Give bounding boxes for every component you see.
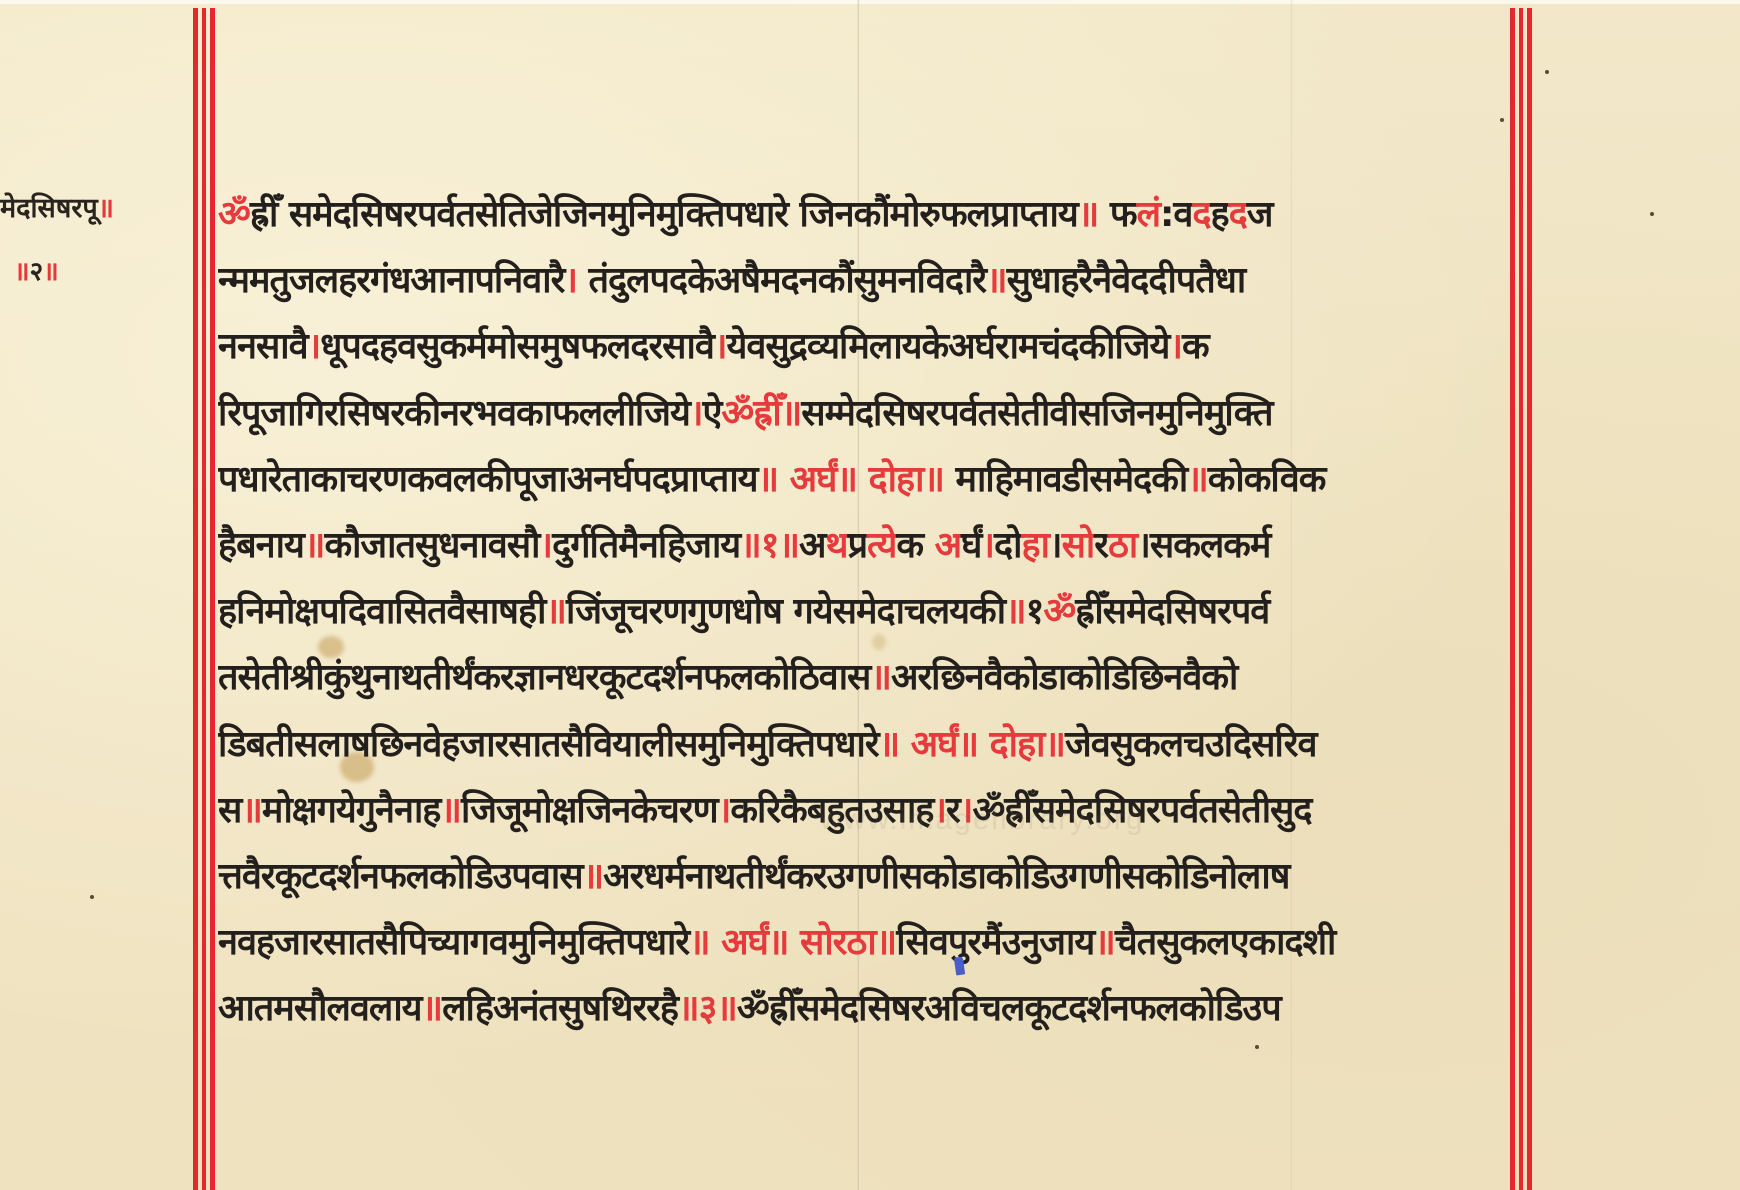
- rubric-text: ॥: [1078, 194, 1099, 235]
- body-text: आतमसौलवलाय: [218, 988, 422, 1029]
- manuscript-line: आतमसौलवलाय॥लहिअनंतसुषथिररहै॥३॥ॐह्रीँसमेद…: [218, 984, 1510, 1050]
- manuscript-line: तसेतीश्रीकुंथुनाथतीर्थंकरज्ञानधरकूटदर्शन…: [218, 653, 1510, 719]
- manuscript-line: हनिमोक्षपदिवासितवैसाषही॥जिंजूचरणगुणधोष ग…: [218, 587, 1510, 653]
- body-text: त्तवैरकूटदर्शनफलकोडिउपवास: [218, 856, 583, 897]
- rubric-text: ॥: [304, 525, 325, 566]
- body-text: ।सकलकर्म: [1137, 525, 1270, 566]
- margin-title-danda: ॥: [98, 193, 114, 224]
- body-text: र्घं: [961, 525, 981, 566]
- rubric-text: ।: [1169, 326, 1182, 367]
- rubric-text: ॥: [870, 657, 891, 698]
- rubric-text: त्ये: [867, 525, 896, 566]
- body-text: डिबतीसलाषछिनवेहजारसातसैवियालीसमुनिमुक्ति…: [218, 724, 879, 765]
- body-text: चैतसुकलएकादशी: [1115, 922, 1336, 963]
- body-text: सिवपुरमैंउनुजाय: [896, 922, 1094, 963]
- rubric-text: थ: [826, 525, 848, 566]
- manuscript-line: न्ममतुजलहरगंधआनापनिवारै। तंदुलपदकेअषैमदन…: [218, 256, 1510, 322]
- margin-title-text: मेदसिषरपू: [0, 193, 98, 224]
- body-text: फ: [1098, 194, 1136, 235]
- rubric-text: सो: [1062, 525, 1095, 566]
- body-text: नवहजारसातसैपिच्यागवमुनिमुक्तिपधारे: [218, 922, 689, 963]
- rubric-text: ।: [718, 790, 731, 831]
- manuscript-text-block: ॐह्रीँ समेदसिषरपर्वतसेतिजेजिनमुनिमुक्तिप…: [218, 190, 1510, 1050]
- rubric-text: ॥: [1005, 591, 1026, 632]
- right-red-border: [1510, 8, 1534, 1190]
- body-text: ज: [1247, 194, 1273, 235]
- body-text: ह: [1211, 194, 1229, 235]
- body-text: र: [1094, 525, 1108, 566]
- body-text: मोक्षगयेगुनैनाह: [262, 790, 440, 831]
- manuscript-line: डिबतीसलाषछिनवेहजारसातसैवियालीसमुनिमुक्ति…: [218, 720, 1510, 786]
- rubric-text: ॐ: [218, 194, 250, 235]
- body-text: कोकविक: [1208, 459, 1326, 500]
- manuscript-line: नवहजारसातसैपिच्यागवमुनिमुक्तिपधारे॥ अर्घ…: [218, 918, 1510, 984]
- body-text: जेवसुकलचउदिसरिव: [1065, 724, 1317, 765]
- rubric-text: ॥: [422, 988, 443, 1029]
- body-text: सम्मेदसिषरपर्वतसेतीवीसजिनमुनिमुक्ति: [801, 393, 1272, 434]
- folio-number-value: २: [30, 257, 44, 287]
- body-text: माहिमावडीसमेदकी: [944, 459, 1187, 500]
- body-text: १: [1026, 591, 1044, 632]
- rubric-text: ।: [308, 326, 321, 367]
- rubric-text: ।: [539, 525, 552, 566]
- rubric-text: ॥ अर्घं॥ दोहा॥: [758, 459, 944, 500]
- body-text: ह्रीँ समेदसिषरपर्वतसेतिजेजिनमुनिमुक्तिपध…: [250, 194, 1078, 235]
- rubric-text: ॥: [583, 856, 604, 897]
- body-text: न्ममतुजलहरगंधआनापनिवारै: [218, 260, 564, 301]
- rubric-text: हा: [1021, 525, 1048, 566]
- rubric-text: ॐह्रीँ: [721, 393, 780, 434]
- body-text: धूपदहवसुकर्ममोसमुषफलदरसावै: [320, 326, 714, 367]
- rubric-text: ।: [690, 393, 703, 434]
- body-text: लहिअनंतसुषथिररहै: [442, 988, 678, 1029]
- rubric-text: ।: [714, 326, 727, 367]
- manuscript-line: रिपूजागिरसिषरकीनरभवकाफललीजिये।ऐॐह्रीँ॥सम…: [218, 389, 1510, 455]
- folio-number: ॥२॥: [14, 252, 59, 288]
- body-text: येवसुद्रव्यमिलायकेअर्घरामचंदकीजिये: [727, 326, 1170, 367]
- body-text: अरधर्मनाथतीर्थंकरउगणीसकोडाकोडिउगणीसकोडिन…: [603, 856, 1289, 897]
- manuscript-line: ॐह्रीँ समेदसिषरपर्वतसेतिजेजिनमुनिमुक्तिप…: [218, 190, 1510, 256]
- rubric-text: ॥: [986, 260, 1007, 301]
- body-text: कौजातसुधनावसौ: [324, 525, 539, 566]
- rubric-text: ॥ अर्घं॥ सोरठा॥: [689, 922, 896, 963]
- body-text: क: [896, 525, 934, 566]
- rubric-text: ॥ अर्घं॥ दोहा॥: [879, 724, 1065, 765]
- manuscript-line: पधारेताकाचरणकवलकीपूजाअनर्घपदप्राप्ताय॥ अ…: [218, 455, 1510, 521]
- body-text: हैबनाय: [218, 525, 304, 566]
- body-text: जिजूमोक्षजिनकेचरण: [461, 790, 718, 831]
- left-red-border: [193, 8, 217, 1190]
- body-text: अ: [799, 525, 826, 566]
- body-text: दो: [994, 525, 1021, 566]
- body-text: ऐ: [702, 393, 721, 434]
- rubric-text: द: [1229, 194, 1247, 235]
- rubric-text: ठा: [1108, 525, 1137, 566]
- body-text: तसेतीश्रीकुंथुनाथतीर्थंकरज्ञानधरकूटदर्शन…: [218, 657, 870, 698]
- rubric-text: ॥१॥: [740, 525, 799, 566]
- rubric-text: ॥: [1094, 922, 1115, 963]
- rubric-text: लं: [1137, 194, 1160, 235]
- rubric-text: ॥: [545, 591, 566, 632]
- body-text: रिपूजागिरसिषरकीनरभवकाफललीजिये: [218, 393, 690, 434]
- rubric-text: ॥: [241, 790, 262, 831]
- body-text: हनिमोक्षपदिवासितवैसाषही: [218, 591, 545, 632]
- body-text: सुधाहरैनैवेददीपतैधा: [1007, 260, 1246, 301]
- manuscript-page: मेदसिषरपू॥ ॥२॥ ॐह्रीँ समेदसिषरपर्वतसेतिज…: [0, 0, 1740, 1190]
- rubric-text: अ: [935, 525, 962, 566]
- body-text: पधारेताकाचरणकवलकीपूजाअनर्घपदप्राप्ताय: [218, 459, 758, 500]
- body-text: :व: [1160, 194, 1192, 235]
- body-text: ।: [1049, 525, 1062, 566]
- rubric-text: ॥: [1187, 459, 1208, 500]
- body-text: अरछिनवैकोडाकोडिछिनवैको: [891, 657, 1237, 698]
- body-text: प्र: [848, 525, 867, 566]
- body-text: क: [1182, 326, 1209, 367]
- rubric-text: ।: [981, 525, 994, 566]
- rubric-text: ॐ: [1043, 591, 1075, 632]
- body-text: ह्रीँसमेदसिषरपर्व: [1075, 591, 1269, 632]
- body-text: दुर्गतिमैनहिजाय: [552, 525, 740, 566]
- body-text: ननसावै: [218, 326, 308, 367]
- body-text: तंदुलपदकेअषैमदनकौंसुमनविदारै: [577, 260, 986, 301]
- body-text: स: [218, 790, 241, 831]
- page-top-edge: [0, 0, 1740, 4]
- rubric-text: ।: [564, 260, 577, 301]
- manuscript-line: हैबनाय॥कौजातसुधनावसौ।दुर्गतिमैनहिजाय॥१॥अ…: [218, 521, 1510, 587]
- watermark: www.imagelibrary.org: [820, 803, 1145, 837]
- body-text: ॐह्रीँसमेदसिषरअविचलकूटदर्शनफलकोडिउप: [737, 988, 1281, 1029]
- manuscript-line: त्तवैरकूटदर्शनफलकोडिउपवास॥अरधर्मनाथतीर्थ…: [218, 852, 1510, 918]
- rubric-text: ॥: [781, 393, 802, 434]
- margin-title: मेदसिषरपू॥: [0, 188, 114, 225]
- body-text: जिंजूचरणगुणधोष गयेसमेदाचलयकी: [566, 591, 1005, 632]
- rubric-text: ॥३॥: [678, 988, 737, 1029]
- rubric-text: द: [1192, 194, 1210, 235]
- rubric-text: ॥: [440, 790, 461, 831]
- manuscript-line: ननसावै।धूपदहवसुकर्ममोसमुषफलदरसावै।येवसुद…: [218, 322, 1510, 388]
